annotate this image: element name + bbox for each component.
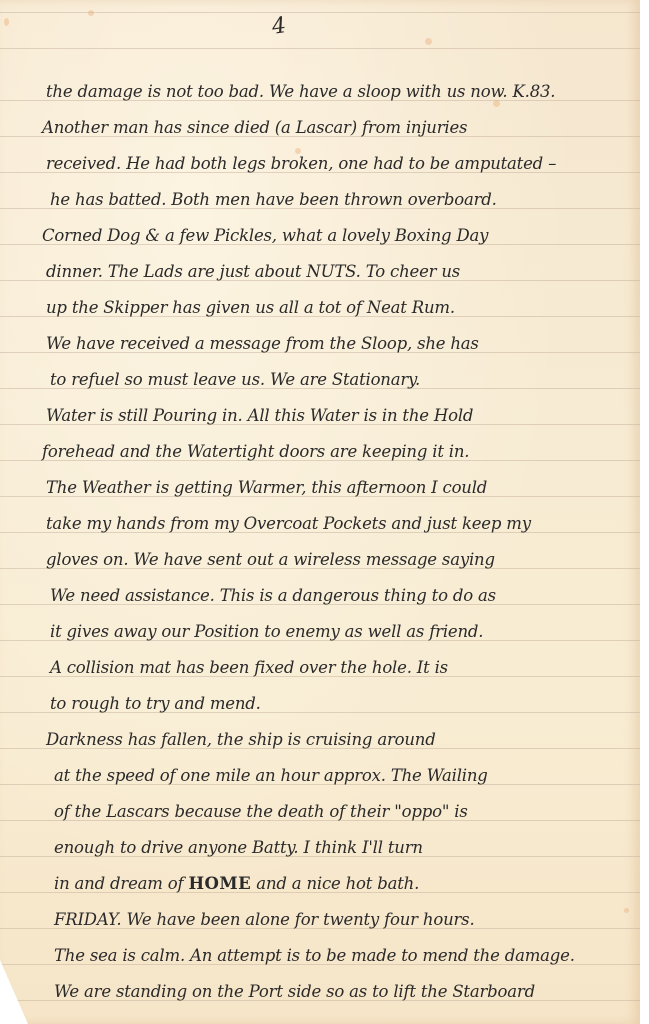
text-line: We are standing on the Port side so as t… — [40, 974, 640, 1010]
text-line: up the Skipper has given us all a tot of… — [40, 290, 640, 326]
home-prefix: in and dream of — [54, 874, 188, 893]
text-line: at the speed of one mile an hour approx.… — [40, 758, 640, 794]
text-line: forehead and the Watertight doors are ke… — [40, 434, 640, 470]
text-line: Another man has since died (a Lascar) fr… — [40, 110, 640, 146]
foxing-stain — [4, 18, 9, 26]
text-line: of the Lascars because the death of thei… — [40, 794, 640, 830]
foxing-stain — [88, 10, 94, 16]
diary-page: 4 the damage is not too bad. We have a s… — [0, 0, 640, 1024]
text-line: Darkness has fallen, the ship is cruisin… — [40, 722, 640, 758]
text-line: gloves on. We have sent out a wireless m… — [40, 542, 640, 578]
text-line: The Weather is getting Warmer, this afte… — [40, 470, 640, 506]
text-line: to refuel so must leave us. We are Stati… — [40, 362, 640, 398]
text-line: the damage is not too bad. We have a slo… — [40, 74, 640, 110]
text-line-home: in and dream of HOME and a nice hot bath… — [40, 866, 640, 902]
home-emphasized-word: HOME — [188, 874, 251, 893]
page-number: 4 — [270, 13, 287, 40]
text-line: received. He had both legs broken, one h… — [40, 146, 640, 182]
text-line: he has batted. Both men have been thrown… — [40, 182, 640, 218]
text-line: to rough to try and mend. — [40, 686, 640, 722]
text-line: We need assistance. This is a dangerous … — [40, 578, 640, 614]
home-suffix: and a nice hot bath. — [251, 874, 419, 893]
foxing-stain — [425, 38, 432, 45]
text-line: A collision mat has been fixed over the … — [40, 650, 640, 686]
text-line: it gives away our Position to enemy as w… — [40, 614, 640, 650]
text-line: enough to drive anyone Batty. I think I'… — [40, 830, 640, 866]
text-line: The sea is calm. An attempt is to be mad… — [40, 938, 640, 974]
handwritten-text-block: the damage is not too bad. We have a slo… — [40, 74, 640, 1010]
text-line: Water is still Pouring in. All this Wate… — [40, 398, 640, 434]
text-line: take my hands from my Overcoat Pockets a… — [40, 506, 640, 542]
text-line-friday: FRIDAY. We have been alone for twenty fo… — [40, 902, 640, 938]
text-line: Corned Dog & a few Pickles, what a lovel… — [40, 218, 640, 254]
text-line: We have received a message from the Sloo… — [40, 326, 640, 362]
text-line: dinner. The Lads are just about NUTS. To… — [40, 254, 640, 290]
